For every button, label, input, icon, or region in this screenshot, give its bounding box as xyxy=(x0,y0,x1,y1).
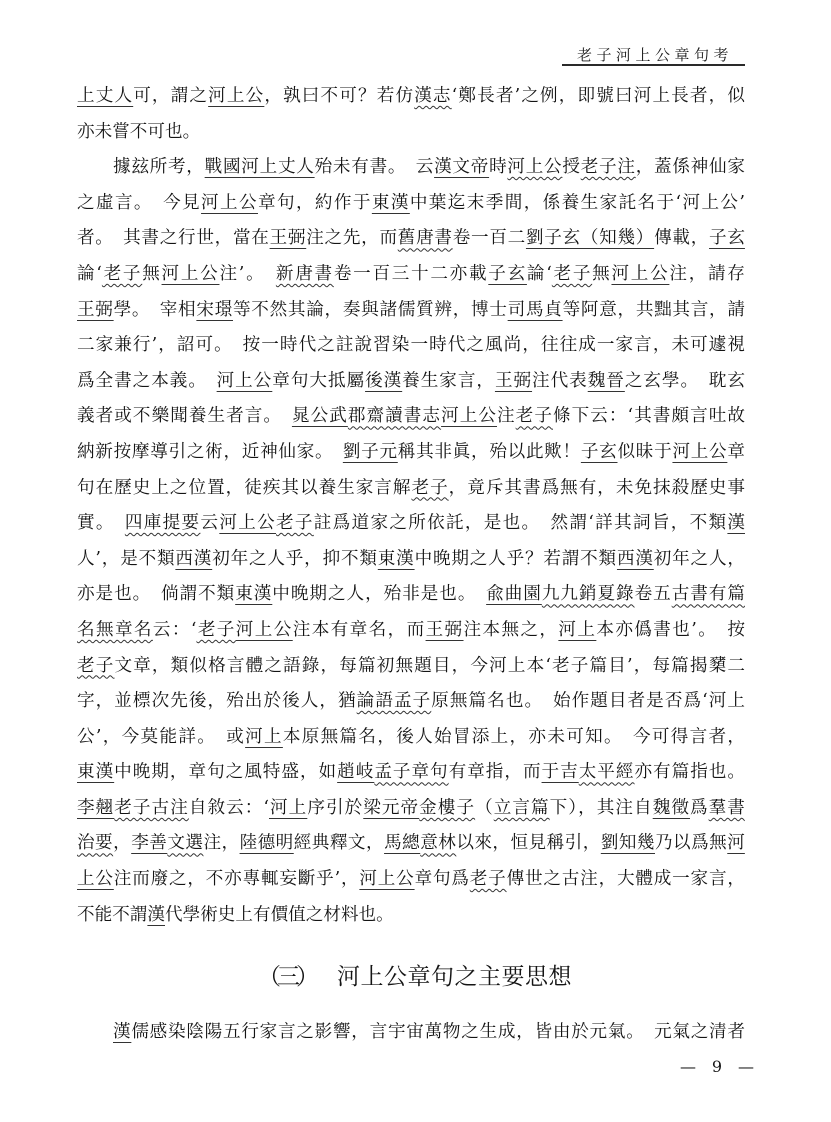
proper-name: 上丈人 xyxy=(77,86,133,106)
document-page: 老子河上公章句考 上丈人可，謂之河上公，孰曰不可？若仿漢志‘鄭長者’之例，即號曰… xyxy=(0,0,831,1122)
text-line: 據玆所考，戰國河上丈人殆未有書。 云漢文帝時河上公授老子注，蓋係神仙家 xyxy=(77,150,745,186)
text-run: 卷五 xyxy=(635,584,672,604)
proper-name: 西漢 xyxy=(617,549,654,569)
text-run: 人’，是不類 xyxy=(77,549,175,569)
text-line: 名無章名云：‘老子河上公注本有章名，而王弼注本無之，河上本亦僞書也’。 按 xyxy=(77,613,745,649)
text-run: 注，請存 xyxy=(669,264,745,284)
text-run: 中葉迄末季間，係養生家託名于‘河上公’ xyxy=(410,193,745,213)
book-title: 太平經 xyxy=(579,762,635,782)
proper-name: 漢 xyxy=(113,1022,131,1042)
book-title: 論語孟子 xyxy=(357,691,432,711)
text-line: 爲全書之本義。 河上公章句大抵屬後漢養生家言，王弼注代表魏晉之玄學。 耽玄 xyxy=(77,364,745,400)
book-title: 治要 xyxy=(77,833,113,853)
text-run: ，蓋係神仙家 xyxy=(636,157,745,177)
running-header-title: 老子河上公章句考 xyxy=(577,46,733,64)
text-run: 等不然其論，奏與諸儒質辨，博士 xyxy=(233,300,508,320)
text-line: 李翹老子古注自敘云：‘河上序引於梁元帝金樓子（立言篇下），其注自魏徵爲羣書 xyxy=(77,791,745,827)
proper-name: 漢文帝 xyxy=(434,157,489,177)
proper-name: 西漢 xyxy=(175,549,212,569)
proper-name: 李善 xyxy=(131,833,167,853)
proper-name: 河上公 xyxy=(162,264,220,284)
text-run: 云：‘ xyxy=(153,620,197,640)
proper-name: 河上公 xyxy=(236,620,293,640)
proper-name: 王弼 xyxy=(270,228,307,248)
text-run: 注本有章名，而 xyxy=(293,620,426,640)
text-run: 養生家言， xyxy=(402,371,495,391)
text-run: 字，並標次先後，殆出於後人，猶 xyxy=(77,691,357,711)
text-line: 句在歷史上之位置，徒疾其以養生家言解老子，竟斥其書爲無有，未免抹殺歷史事 xyxy=(77,471,745,507)
book-title: 意林 xyxy=(420,833,456,853)
book-title: 老子古注 xyxy=(114,798,189,818)
book-title: 老子 xyxy=(102,264,142,284)
text-run: 初年之人乎，抑不類 xyxy=(212,549,378,569)
text-run: 章句大抵屬 xyxy=(272,371,365,391)
proper-name: 魏晉 xyxy=(588,371,625,391)
section-body-text: 漢儒感染陰陽五行家言之影響，言宇宙萬物之生成，皆由於元氣。 元氣之清者 xyxy=(77,1015,745,1051)
text-run: 卷一百二 xyxy=(453,228,526,248)
proper-name: 河上公 xyxy=(672,442,727,462)
book-title: 古書有篇 xyxy=(672,584,745,604)
text-line: 不能不謂漢代學術史上有價值之材料也。 xyxy=(77,898,745,934)
proper-name: 河上公 xyxy=(208,86,264,106)
text-run: 實。 xyxy=(77,513,125,533)
text-run: 注 xyxy=(497,406,516,426)
text-run: （ xyxy=(475,798,494,818)
proper-name: 河上公 xyxy=(611,264,669,284)
text-run: 文章，類似格言體之語錄，每篇初無題目，今河上本‘老子篇目’，每篇揭櫫二 xyxy=(114,656,745,676)
book-title: 老子 xyxy=(470,869,507,889)
text-run: 殆未有書。 云 xyxy=(315,157,434,177)
proper-name: 河上公 xyxy=(217,371,273,391)
proper-name: 宋璟 xyxy=(196,300,233,320)
text-line: 漢儒感染陰陽五行家言之影響，言宇宙萬物之生成，皆由於元氣。 元氣之清者 xyxy=(77,1015,745,1051)
text-run: 據玆所考， xyxy=(113,157,205,177)
text-run: 注， xyxy=(203,833,239,853)
proper-name: 劉子元 xyxy=(343,442,398,462)
book-title: 四庫提要 xyxy=(125,513,201,533)
text-run: 序引於 xyxy=(307,798,363,818)
book-title: 名無章名 xyxy=(77,620,153,640)
proper-name: 子玄 xyxy=(709,228,745,248)
proper-name: 河上公 xyxy=(441,406,497,426)
proper-name: 李翹 xyxy=(77,798,114,818)
proper-name: 子玄 xyxy=(581,442,618,462)
page-number-value: 9 xyxy=(712,1057,722,1077)
text-run: 時 xyxy=(489,157,507,177)
header-rule xyxy=(562,64,745,66)
text-run: 乃以爲無 xyxy=(655,833,727,853)
proper-name: 劉知幾 xyxy=(601,833,655,853)
text-line: 之虛言。 今見河上公章句，約作于東漢中葉迄末季間，係養生家託名于‘河上公’ xyxy=(77,186,745,222)
text-run: ，竟斥其書爲無有，未免抹殺歷史事 xyxy=(449,478,745,498)
text-line: 人’，是不類西漢初年之人乎，抑不類東漢中晚期之人乎？若謂不類西漢初年之人， xyxy=(77,542,745,578)
text-line: 老子文章，類似格言體之語錄，每篇初無題目，今河上本‘老子篇目’，每篇揭櫫二 xyxy=(77,649,745,685)
book-title: 老子 xyxy=(276,513,314,533)
book-title: 舊唐書 xyxy=(398,228,453,248)
text-run: 義者或不樂聞養生者言。 xyxy=(77,406,292,426)
text-line: 上公注而廢之，不亦專輒妄斷乎’，河上公章句爲老子傳世之古注，大體成一家言， xyxy=(77,862,745,898)
text-run: 本亦僞書也’。 按 xyxy=(596,620,745,640)
book-title: 老子 xyxy=(77,656,114,676)
text-line: 實。 四庫提要云河上公老子註爲道家之所依託，是也。 然謂‘詳其詞旨，不類漢 xyxy=(77,506,745,542)
text-line: 東漢中晚期，章句之風特盛，如趙岐孟子章句有章指，而于吉太平經亦有篇指也。 xyxy=(77,755,745,791)
text-line: 公’，今莫能詳。 或河上本原無篇名，後人始冒添上，亦未可知。 今可得言者， xyxy=(77,720,745,756)
proper-name: 漢 xyxy=(147,905,165,925)
text-run: 亦是也。 倘謂不類 xyxy=(77,584,235,604)
text-run: 亦未嘗不可也。 xyxy=(77,122,200,142)
proper-name: 王弼 xyxy=(426,620,464,640)
proper-name: 河上 xyxy=(245,727,283,747)
proper-name: 陸德明 xyxy=(240,833,294,853)
text-run: 卷一百三十二亦載 xyxy=(334,264,488,284)
running-header: 老子河上公章句考 xyxy=(577,45,733,65)
proper-name: 趙岐 xyxy=(337,762,374,782)
book-title: 金樓子 xyxy=(419,798,475,818)
section-heading: （三） 河上公章句之主要思想 xyxy=(0,963,831,991)
text-run: 納新按摩導引之術，近神仙家。 xyxy=(77,442,343,462)
text-run: 傳世之古注，大體成一家言， xyxy=(507,869,745,889)
body-text: 上丈人可，謂之河上公，孰曰不可？若仿漢志‘鄭長者’之例，即號曰河上長者，似亦未嘗… xyxy=(77,79,745,933)
proper-name: 河上公 xyxy=(219,513,276,533)
proper-name: 東漢 xyxy=(378,549,415,569)
text-run: 注本無之， xyxy=(464,620,559,640)
text-run: 爲 xyxy=(690,798,709,818)
book-title: 老子 xyxy=(196,620,235,640)
proper-name: 兪曲園 xyxy=(486,584,542,604)
book-title: 漢志 xyxy=(414,86,451,106)
text-line: 義者或不樂聞養生者言。 晁公武郡齋讀書志河上公注老子條下云：‘其書頗言吐故 xyxy=(77,399,745,435)
section-number: （三） xyxy=(258,963,315,991)
text-run: 章句爲 xyxy=(415,869,470,889)
proper-name: 魏徵 xyxy=(653,798,690,818)
text-run: 不能不謂 xyxy=(77,905,147,925)
text-run: ， xyxy=(113,833,131,853)
page-number-dash-right: — xyxy=(738,1057,754,1077)
text-run: 注之先，而 xyxy=(306,228,398,248)
proper-name: 王弼 xyxy=(495,371,532,391)
proper-name: 王弼 xyxy=(77,300,114,320)
book-title: 老子 xyxy=(552,264,592,284)
text-run: 可，謂之 xyxy=(133,86,208,106)
text-run: 章 xyxy=(727,442,745,462)
text-run: 無 xyxy=(592,264,611,284)
text-run: 句在歷史上之位置，徒疾其以養生家言解 xyxy=(77,478,411,498)
proper-name: 東漢 xyxy=(235,584,272,604)
proper-name: 子玄 xyxy=(488,264,527,284)
book-title: 立言篇 xyxy=(494,798,550,818)
text-run: 章句，約作于 xyxy=(258,193,372,213)
proper-name: 戰國 xyxy=(205,157,242,177)
text-line: 亦是也。 倘謂不類東漢中晚期之人，殆非是也。 兪曲園九九銷夏錄卷五古書有篇 xyxy=(77,577,745,613)
text-run: 者。 其書之行世，當在 xyxy=(77,228,270,248)
proper-name: 河上 xyxy=(558,620,596,640)
book-title: 九九銷夏錄 xyxy=(542,584,635,604)
text-run: 註爲道家之所依託，是也。 然謂‘詳其詞旨，不類 xyxy=(314,513,728,533)
text-run: 以來，恒見稱引， xyxy=(456,833,601,853)
text-run: 傳載， xyxy=(654,228,709,248)
text-run: 中晚期，章句之風特盛，如 xyxy=(114,762,337,782)
proper-name: 東漢 xyxy=(372,193,410,213)
proper-name: 河上公 xyxy=(201,193,258,213)
proper-name: 司馬貞 xyxy=(508,300,563,320)
text-run: 有章指，而 xyxy=(449,762,542,782)
text-run: 云 xyxy=(200,513,219,533)
proper-name: 河上丈人 xyxy=(241,157,314,177)
text-run: 下），其注自 xyxy=(550,798,653,818)
section-title: 河上公章句之主要思想 xyxy=(337,963,572,991)
page-number: — 9 — xyxy=(680,1057,754,1077)
book-title: 老子 xyxy=(516,406,553,426)
proper-name: 後漢 xyxy=(365,371,402,391)
text-run: 自敘云：‘ xyxy=(189,798,269,818)
text-run: 經典釋文， xyxy=(294,833,384,853)
book-title: 羣書 xyxy=(709,798,745,818)
text-run: 稱其非眞，殆以此歟！ xyxy=(398,442,581,462)
book-title: 老子 xyxy=(411,478,448,498)
book-title: 孟子章句 xyxy=(374,762,448,782)
text-run: 公’，今莫能詳。 或 xyxy=(77,727,245,747)
proper-name: 上公 xyxy=(77,869,114,889)
text-run: 授 xyxy=(562,157,580,177)
text-run: ，孰曰不可？若仿 xyxy=(264,86,414,106)
page-number-dash-left: — xyxy=(680,1057,696,1077)
text-run: 注’。 xyxy=(219,264,275,284)
text-run: 亦有篇指也。 xyxy=(634,762,745,782)
book-title: 文選 xyxy=(167,833,203,853)
text-run: 初年之人， xyxy=(654,549,745,569)
proper-name: 河上 xyxy=(269,798,307,818)
text-run: 之虛言。 今見 xyxy=(77,193,201,213)
text-run: 學。 宰相 xyxy=(114,300,197,320)
proper-name: 晁公武 xyxy=(292,406,348,426)
proper-name: 于吉 xyxy=(542,762,579,782)
text-run: 中晚期之人，殆非是也。 xyxy=(272,584,486,604)
text-run: 條下云：‘其書頗言吐故 xyxy=(553,406,745,426)
text-line: 論‘老子無河上公注’。 新唐書卷一百三十二亦載子玄論‘老子無河上公注，請存 xyxy=(77,257,745,293)
text-line: 王弼學。 宰相宋璟等不然其論，奏與諸儒質辨，博士司馬貞等阿意，共黜其言，請 xyxy=(77,293,745,329)
proper-name: 梁元帝 xyxy=(363,798,419,818)
text-run: 注而廢之，不亦專輒妄斷乎’， xyxy=(114,869,360,889)
proper-name: 劉子玄（知幾） xyxy=(526,228,654,248)
text-run: 儒感染陰陽五行家言之影響，言宇宙萬物之生成，皆由於元氣。 元氣之清者 xyxy=(131,1022,745,1042)
text-run: 中晚期之人乎？若謂不類 xyxy=(415,549,617,569)
text-run: 無 xyxy=(142,264,161,284)
book-title: 郡齋讀書志 xyxy=(348,406,441,426)
text-line: 亦未嘗不可也。 xyxy=(77,115,745,151)
proper-name: 河 xyxy=(727,833,745,853)
text-line: 治要，李善文選注，陸德明經典釋文，馬總意林以來，恒見稱引，劉知幾乃以爲無河 xyxy=(77,826,745,862)
text-line: 上丈人可，謂之河上公，孰曰不可？若仿漢志‘鄭長者’之例，即號曰河上長者，似 xyxy=(77,79,745,115)
text-run: 原無篇名也。 始作題目者是否爲‘河上 xyxy=(431,691,745,711)
text-run: 論‘ xyxy=(77,264,102,284)
text-run: 二家兼行’，詔可。 按一時代之註說習染一時代之風尚，往往成一家言，未可遽視 xyxy=(77,335,745,355)
text-line: 者。 其書之行世，當在王弼注之先，而舊唐書卷一百二劉子玄（知幾）傳載，子玄 xyxy=(77,221,745,257)
book-title: 河上公 xyxy=(507,157,562,177)
book-title: 老子注 xyxy=(581,157,636,177)
text-line: 納新按摩導引之術，近神仙家。 劉子元稱其非眞，殆以此歟！子玄似昧于河上公章 xyxy=(77,435,745,471)
text-run: 代學術史上有價值之材料也。 xyxy=(165,905,394,925)
proper-name: 東漢 xyxy=(77,762,114,782)
text-run: 注代表 xyxy=(532,371,588,391)
text-run: 爲全書之本義。 xyxy=(77,371,217,391)
text-run: ‘鄭長者’之例，即號曰河上長者，似 xyxy=(452,86,745,106)
text-run: 論‘ xyxy=(527,264,552,284)
book-title: 新唐書 xyxy=(276,264,334,284)
text-run: 本原無篇名，後人始冒添上，亦未可知。 今可得言者， xyxy=(283,727,745,747)
text-line: 二家兼行’，詔可。 按一時代之註說習染一時代之風尚，往往成一家言，未可遽視 xyxy=(77,328,745,364)
text-run: 之玄學。 耽玄 xyxy=(625,371,745,391)
text-line: 字，並標次先後，殆出於後人，猶論語孟子原無篇名也。 始作題目者是否爲‘河上 xyxy=(77,684,745,720)
text-run: 等阿意，共黜其言，請 xyxy=(563,300,745,320)
text-run: 似昧于 xyxy=(618,442,673,462)
proper-name: 漢 xyxy=(727,513,745,533)
proper-name: 河上公 xyxy=(359,869,414,889)
proper-name: 馬總 xyxy=(384,833,420,853)
